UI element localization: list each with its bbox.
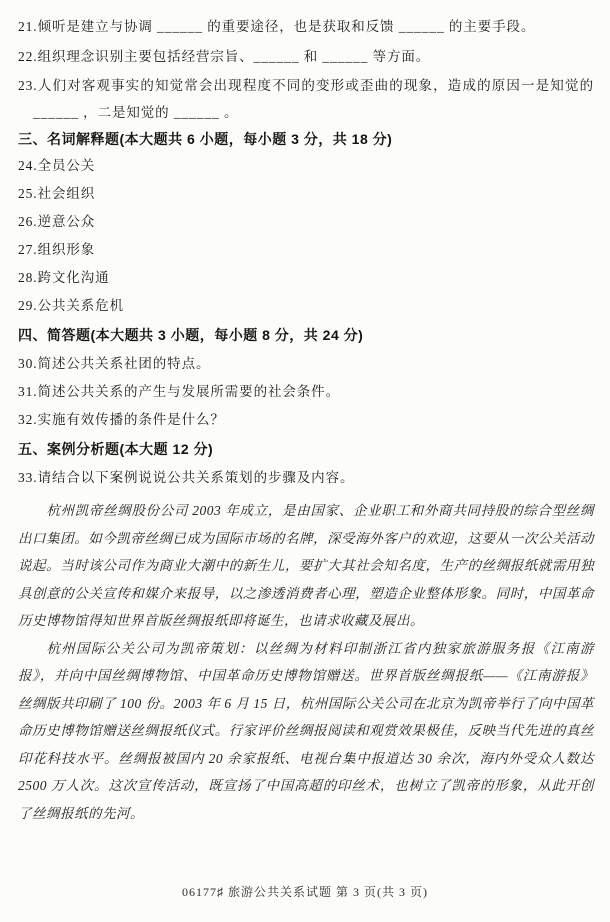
term-item-26: 26.逆意公众 (18, 208, 594, 236)
question-23: 23.人们对客观事实的知觉常会出现程度不同的变形或歪曲的现象，造成的原因一是知觉… (18, 72, 594, 126)
section-title-short-answer: 四、简答题(本大题共 3 小题，每小题 8 分，共 24 分) (18, 320, 594, 350)
term-item-25: 25.社会组织 (18, 180, 594, 208)
term-item-28: 28.跨文化沟通 (18, 264, 594, 292)
page-footer: 06177♯ 旅游公共关系试题 第 3 页(共 3 页) (0, 883, 610, 900)
short-answer-item-32: 32.实施有效传播的条件是什么？ (18, 406, 594, 434)
case-paragraph-1: 杭州凯帝丝绸股份公司 2003 年成立，是由国家、企业职工和外商共同持股的综合型… (18, 497, 594, 635)
short-answer-item-30: 30.简述公共关系社团的特点。 (18, 350, 594, 378)
term-item-29: 29.公共关系危机 (18, 292, 594, 320)
section-title-case-analysis: 五、案例分析题(本大题 12 分) (18, 434, 594, 464)
question-21: 21.倾听是建立与协调 ______ 的重要途径，也是获取和反馈 ______ … (18, 12, 594, 42)
case-text: 杭州凯帝丝绸股份公司 2003 年成立，是由国家、企业职工和外商共同持股的综合型… (18, 497, 594, 827)
section-title-terms: 三、名词解释题(本大题共 6 小题，每小题 3 分，共 18 分) (18, 126, 594, 152)
question-22: 22.组织理念识别主要包括经营宗旨、______ 和 ______ 等方面。 (18, 42, 594, 72)
case-paragraph-2: 杭州国际公关公司为凯帝策划：以丝绸为材料印制浙江省内独家旅游服务报《江南游报》，… (18, 635, 594, 828)
case-question-33: 33.请结合以下案例说说公共关系策划的步骤及内容。 (18, 464, 594, 492)
short-answer-item-31: 31.简述公共关系的产生与发展所需要的社会条件。 (18, 378, 594, 406)
term-item-27: 27.组织形象 (18, 236, 594, 264)
term-item-24: 24.全员公关 (18, 152, 594, 180)
exam-page: 21.倾听是建立与协调 ______ 的重要途径，也是获取和反馈 ______ … (0, 0, 610, 922)
